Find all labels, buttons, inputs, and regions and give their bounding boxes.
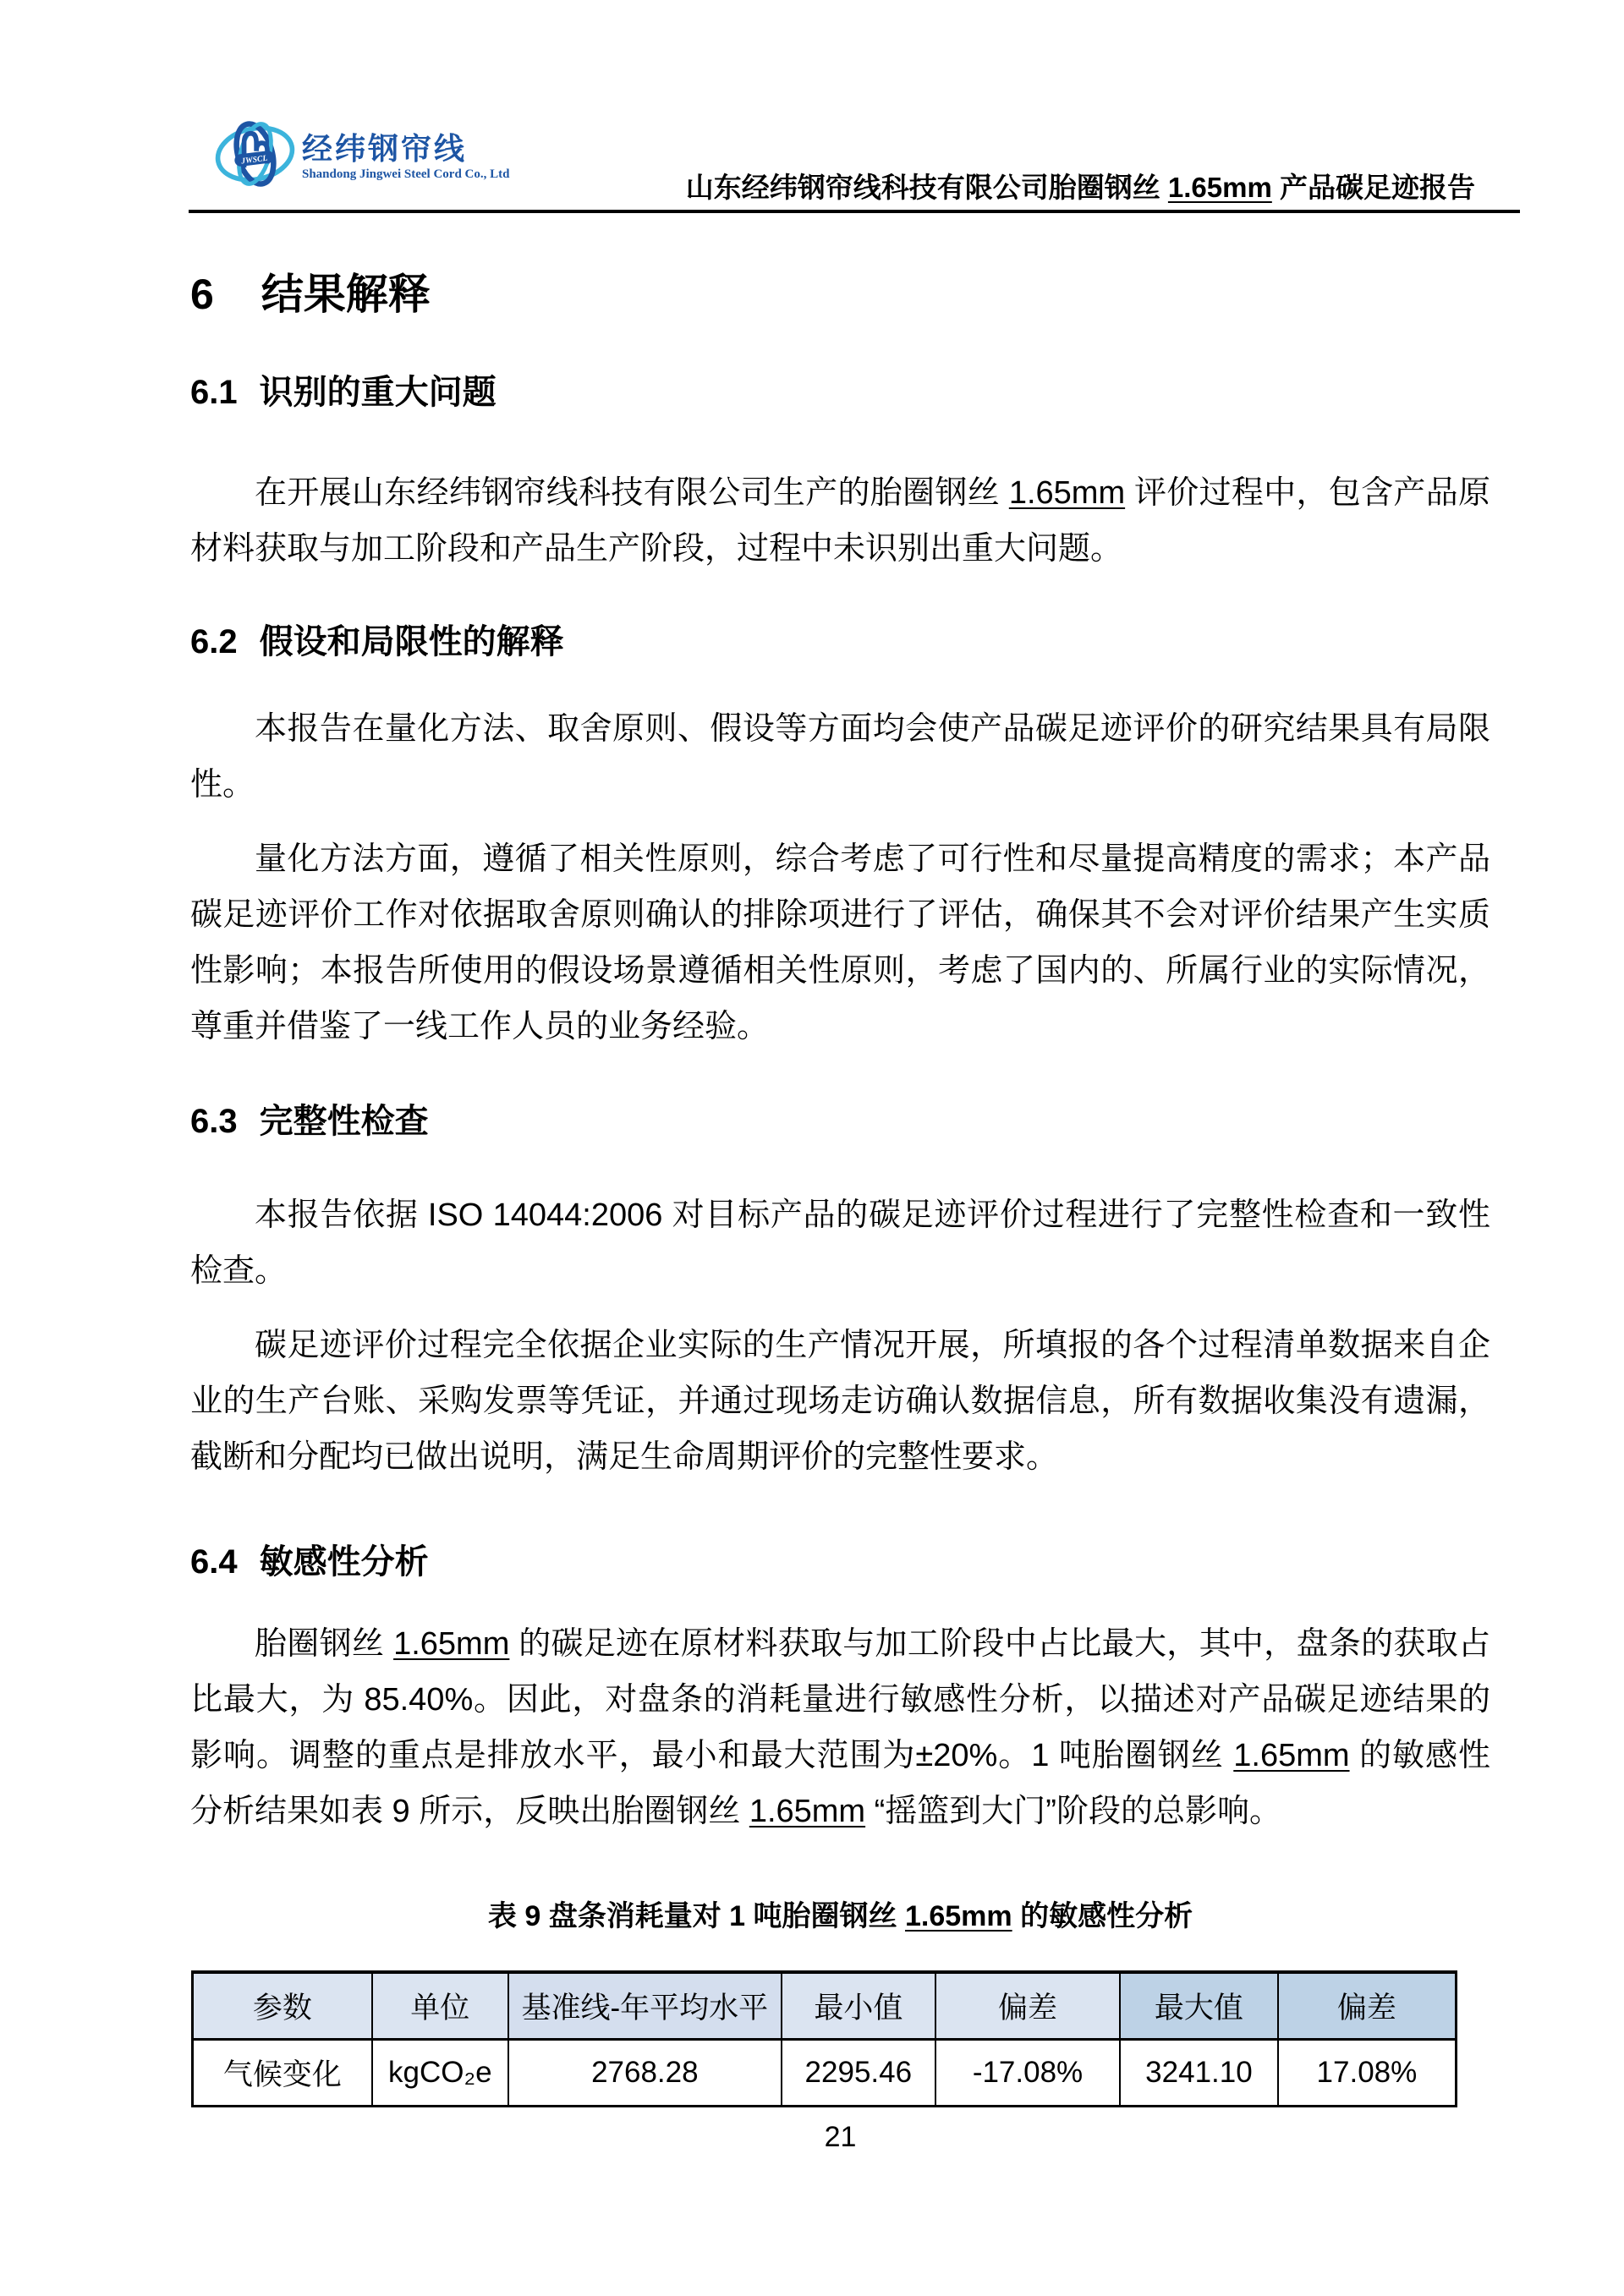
table-header-cell: 最小值 (782, 1972, 935, 2040)
sensitivity-analysis-table: 参数 单位 基准线-年平均水平 最小值 偏差 最大值 偏差 气候变化 kgCO₂… (191, 1970, 1457, 2107)
company-logo-icon: JWSCL (214, 118, 296, 189)
section-heading-6-4: 6.4敏感性分析 (190, 1542, 1490, 1582)
table-header-cell: 参数 (193, 1972, 372, 2040)
section-title: 识别的重大问题 (260, 374, 497, 411)
table-header-row: 参数 单位 基准线-年平均水平 最小值 偏差 最大值 偏差 (193, 1972, 1457, 2040)
report-page: JWSCL 经纬钢帘线 Shandong Jingwei Steel Cord … (0, 0, 1624, 2296)
section-heading-6-2: 6.2假设和局限性的解释 (190, 622, 1490, 662)
paragraph: 碳足迹评价过程完全依据企业实际的生产情况开展，所填报的各个过程清单数据来自企业的… (190, 1318, 1490, 1485)
paragraph: 本报告在量化方法、取舍原则、假设等方面均会使产品碳足迹评价的研究结果具有局限性。 (190, 701, 1490, 813)
section-number: 6.3 (190, 1101, 238, 1142)
section-title: 结果解释 (261, 271, 431, 318)
logo-chinese-name: 经纬钢帘线 (302, 132, 509, 166)
table-header-cell: 偏差 (1278, 1972, 1457, 2040)
table-cell: 3241.10 (1120, 2040, 1278, 2107)
report-header-title: 山东经纬钢帘线科技有限公司胎圈钢丝 1.65mm 产品碳足迹报告 (686, 166, 1475, 205)
table-cell: -17.08% (935, 2040, 1120, 2107)
table-cell: kgCO₂e (372, 2040, 508, 2107)
page-number: 21 (190, 2121, 1490, 2154)
header-divider (189, 210, 1520, 213)
table-header-cell: 最大值 (1120, 1972, 1278, 2040)
logo-english-name: Shandong Jingwei Steel Cord Co., Ltd (302, 167, 509, 182)
table-cell: 气候变化 (193, 2040, 372, 2107)
table-cell: 17.08% (1278, 2040, 1457, 2107)
section-title: 敏感性分析 (260, 1543, 429, 1581)
table-cell: 2768.28 (508, 2040, 782, 2107)
section-number: 6.1 (190, 372, 238, 413)
table-row: 气候变化 kgCO₂e 2768.28 2295.46 -17.08% 3241… (193, 2040, 1457, 2107)
section-number: 6.4 (190, 1542, 238, 1582)
paragraph: 在开展山东经纬钢帘线科技有限公司生产的胎圈钢丝 1.65mm 评价过程中，包含产… (190, 465, 1490, 577)
section-heading-6-3: 6.3完整性检查 (190, 1101, 1490, 1142)
paragraph: 胎圈钢丝 1.65mm 的碳足迹在原材料获取与加工阶段中占比最大，其中，盘条的获… (190, 1616, 1490, 1839)
table-cell: 2295.46 (782, 2040, 935, 2107)
section-title: 假设和局限性的解释 (260, 623, 564, 660)
section-number: 6.2 (190, 622, 238, 662)
section-heading-6: 6结果解释 (190, 269, 1490, 320)
section-title: 完整性检查 (260, 1103, 429, 1140)
section-heading-6-1: 6.1识别的重大问题 (190, 372, 1490, 413)
table-header-cell: 偏差 (935, 1972, 1120, 2040)
section-number: 6 (190, 269, 214, 320)
table-caption: 表 9 盘条消耗量对 1 吨胎圈钢丝 1.65mm 的敏感性分析 (190, 1893, 1490, 1934)
table-header-cell: 单位 (372, 1972, 508, 2040)
paragraph: 量化方法方面，遵循了相关性原则，综合考虑了可行性和尽量提高精度的需求；本产品碳足… (190, 831, 1490, 1055)
table-header-cell: 基准线-年平均水平 (508, 1972, 782, 2040)
company-logo: JWSCL 经纬钢帘线 Shandong Jingwei Steel Cord … (214, 118, 509, 189)
paragraph: 本报告依据 ISO 14044:2006 对目标产品的碳足迹评价过程进行了完整性… (190, 1187, 1490, 1299)
